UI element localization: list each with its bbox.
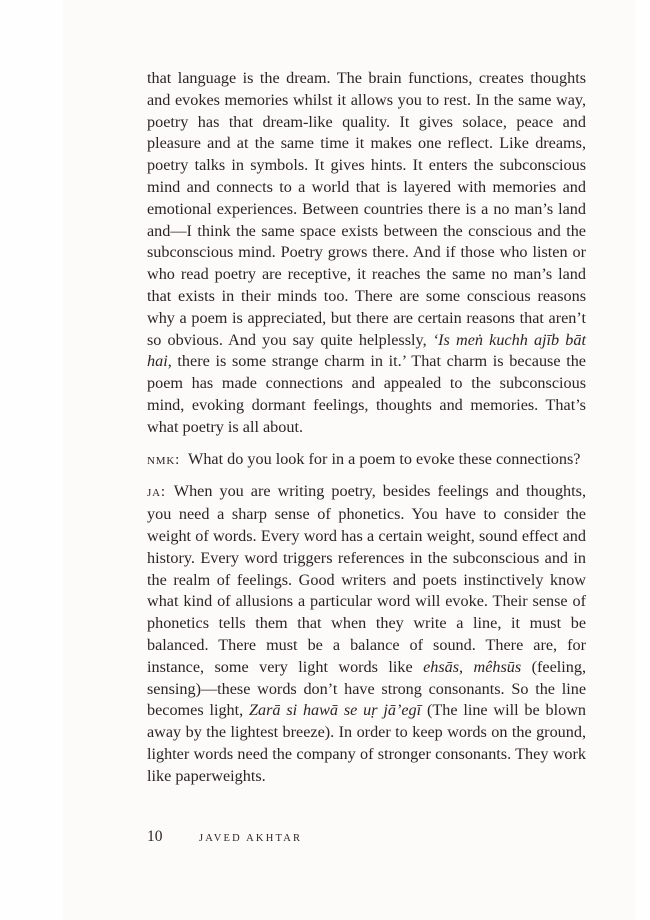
- body-text: that language is the dream. The brain fu…: [147, 68, 586, 788]
- urdu-words-italic: ehsās, mêhsūs: [423, 658, 521, 676]
- running-head-author: Javed Akhtar: [199, 833, 302, 844]
- text-segment: that language is the dream. The brain fu…: [147, 69, 586, 349]
- text-segment: When you are writing poetry, besides fee…: [147, 482, 586, 675]
- page-margin-right: [635, 0, 650, 920]
- text-segment: , there is some strange charm in it.’ Th…: [147, 352, 586, 435]
- paragraph-answer: JA:When you are writing poetry, besides …: [147, 481, 586, 787]
- page-number: 10: [147, 828, 199, 846]
- speaker-label-ja: JA:: [147, 484, 166, 500]
- page-margin-left: [0, 0, 63, 920]
- urdu-line-italic: Zarā si hawā se uṛ jā’egī: [249, 701, 421, 719]
- speaker-label-nmk: NMK:: [147, 452, 180, 468]
- page-footer: 10 Javed Akhtar: [147, 828, 302, 846]
- paragraph-continuation: that language is the dream. The brain fu…: [147, 68, 586, 439]
- paragraph-question: NMK:What do you look for in a poem to ev…: [147, 449, 586, 472]
- question-text: What do you look for in a poem to evoke …: [188, 450, 580, 468]
